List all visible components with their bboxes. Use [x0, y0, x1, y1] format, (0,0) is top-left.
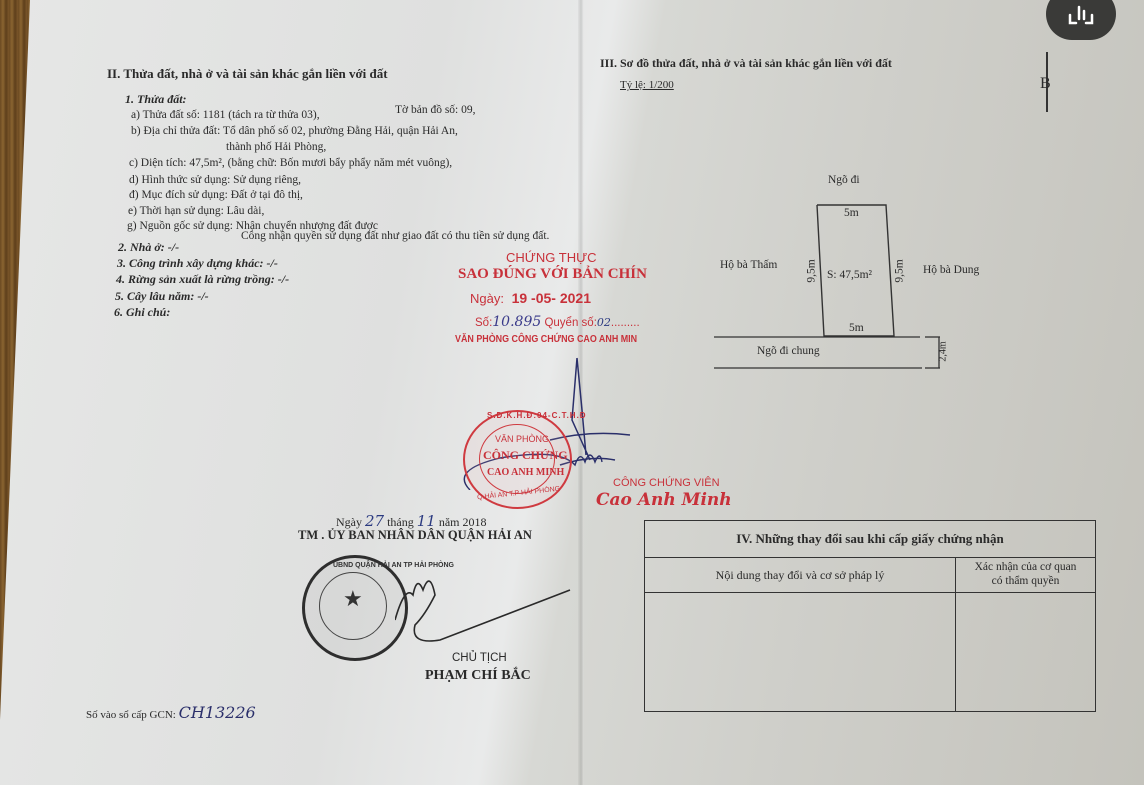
item-notes: 6. Ghi chú: — [114, 305, 170, 320]
cert-stamp-date: Ngày: 19 -05- 2021 — [470, 290, 591, 306]
cert-stamp-line2: SAO ĐÚNG VỚI BẢN CHÍN — [458, 266, 647, 283]
north-label: B — [1040, 75, 1051, 93]
chair-name: PHẠM CHÍ BẮC — [425, 668, 531, 684]
land-address: b) Địa chỉ thửa đất: Tổ dân phố số 02, p… — [131, 125, 458, 137]
changes-authority-cell — [956, 593, 1095, 711]
map-sheet-number: Tờ bản đồ số: 09, — [395, 104, 476, 116]
chair-title: CHỦ TỊCH — [452, 652, 507, 664]
land-plot-diagram: Ngõ đi 5m Hộ bà Thấm Hộ bà Dung 9,5m 9,5… — [700, 165, 1000, 375]
land-parcel-number: a) Thửa đất số: 1181 (tách ra từ thửa 03… — [131, 109, 320, 121]
section3-title: III. Sơ đồ thửa đất, nhà ở và tài sản kh… — [600, 56, 892, 71]
cert-book-value: 02 — [597, 316, 611, 329]
gallery-icon — [1064, 0, 1098, 29]
registry-label: Số vào sổ cấp GCN: — [86, 709, 176, 721]
cert-stamp-line1: CHỨNG THỰC — [506, 250, 597, 265]
seal-inner-1: VĂN PHÒNG — [495, 434, 549, 444]
item-perennial-trees: 5. Cây lâu năm: -/- — [115, 289, 209, 304]
registry-value: CH13226 — [179, 703, 256, 722]
cert-book-label: Quyển số: — [544, 317, 596, 329]
signing-date-prefix: Ngày — [336, 515, 362, 529]
map-scale: Tỷ lệ: 1/200 — [620, 79, 674, 91]
notary-name: Cao Anh Minh — [596, 490, 732, 510]
notary-seal: S.Đ.K.H.Đ:04-C.T.H.Đ VĂN PHÒNG CÔNG CHỨN… — [463, 410, 572, 509]
bottom-road-label: Ngõ đi chung — [757, 345, 820, 357]
road-width-label: 2,4m — [938, 341, 949, 361]
item-house: 2. Nhà ở: -/- — [118, 240, 179, 255]
gallery-button[interactable] — [1046, 0, 1116, 40]
notary-title: CÔNG CHỨNG VIÊN — [613, 477, 720, 489]
section2-title: II. Thửa đất, nhà ở và tài sản khác gắn … — [107, 66, 388, 82]
top-road-label: Ngõ đi — [828, 174, 860, 186]
cert-number-value: 10.895 — [492, 314, 541, 330]
usage-origin-cont: Công nhận quyền sử dụng đất như giao đất… — [241, 230, 549, 242]
changes-table-title: IV. Những thay đổi sau khi cấp giấy chứn… — [645, 521, 1095, 558]
right-length-label: 9,5m — [894, 259, 906, 282]
top-width-label: 5m — [844, 207, 859, 219]
cert-date-value: 19 -05- 2021 — [512, 290, 591, 306]
signing-month-label: tháng — [387, 515, 414, 529]
left-neighbor-label: Hộ bà Thấm — [720, 259, 777, 271]
changes-col-authority: Xác nhận của cơ quan có thẩm quyền — [956, 558, 1095, 593]
right-neighbor-label: Hộ bà Dung — [923, 264, 979, 276]
authority-header-line1: Xác nhận của cơ quan — [975, 561, 1077, 575]
changes-table: IV. Những thay đổi sau khi cấp giấy chứn… — [644, 520, 1096, 712]
usage-term: e) Thời hạn sử dụng: Lâu dài, — [128, 205, 264, 217]
authority-header-line2: có thẩm quyền — [992, 575, 1060, 589]
usage-form: d) Hình thức sử dụng: Sử dụng riêng, — [129, 174, 301, 186]
seal-outer-top: S.Đ.K.H.Đ:04-C.T.H.Đ — [487, 411, 587, 420]
item-forest: 4. Rừng sản xuất là rừng trồng: -/- — [116, 272, 289, 287]
cert-stamp-number: Số:10.895 Quyển số:02......... — [475, 314, 640, 330]
bottom-width-label: 5m — [849, 322, 864, 334]
government-seal: ★ UBND QUẬN HẢI AN TP HẢI PHÒNG — [302, 555, 408, 661]
land-area: c) Diện tích: 47,5m², (bằng chữ: Bốn mươ… — [129, 157, 452, 169]
left-length-label: 9,5m — [806, 259, 818, 282]
chair-signature — [395, 565, 575, 655]
seal-inner-2: CÔNG CHỨNG — [483, 448, 568, 463]
usage-purpose: đ) Mục đích sử dụng: Đất ở tại đô thị, — [129, 189, 303, 201]
changes-content-cell — [645, 593, 956, 711]
land-address-city: thành phố Hải Phòng, — [226, 141, 326, 153]
area-label: S: 47,5m² — [827, 269, 872, 281]
star-icon: ★ — [343, 586, 363, 612]
changes-col-content: Nội dung thay đổi và cơ sở pháp lý — [645, 558, 956, 593]
seal-inner-3: CAO ANH MINH — [487, 467, 564, 478]
cert-number-label: Số: — [475, 317, 492, 329]
authority-name: TM . ỦY BAN NHÂN DÂN QUẬN HẢI AN — [298, 528, 532, 543]
cert-stamp-office: VĂN PHÒNG CÔNG CHỨNG CAO ANH MIN — [455, 333, 637, 345]
signing-year: năm 2018 — [439, 515, 487, 529]
registry-line: Số vào sổ cấp GCN: CH13226 — [86, 703, 256, 722]
cert-date-label: Ngày: — [470, 291, 504, 306]
item-other-construction: 3. Công trình xây dựng khác: -/- — [117, 256, 278, 271]
land-heading: 1. Thửa đất: — [125, 92, 187, 107]
